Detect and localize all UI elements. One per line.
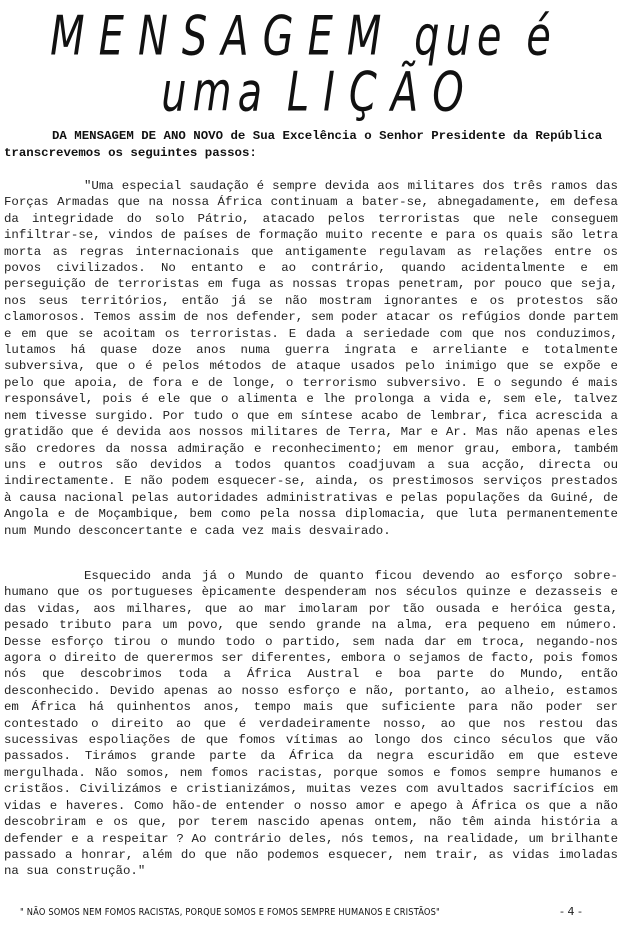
body-paragraph-1: "Uma especial saudação é sempre devida a… (4, 178, 618, 539)
title-word-que-e: que é (414, 6, 557, 68)
title-word-mensagem: MENSAGEM (50, 6, 395, 68)
footer-quote: " NÃO SOMOS NEM FOMOS RACISTAS, PORQUE S… (20, 907, 440, 918)
title-word-licao: LIÇÃO (287, 62, 478, 124)
title-line-1: MENSAGEM que é (0, 6, 615, 68)
body-paragraph-2: Esquecido anda já o Mundo de quanto fico… (4, 568, 618, 880)
page-number: - 4 - (560, 905, 582, 918)
title-line-2: uma LIÇÃO (8, 62, 623, 124)
intro-paragraph: DA MENSAGEM DE ANO NOVO de Sua Excelênci… (4, 128, 616, 162)
title-word-uma: uma (161, 62, 268, 124)
